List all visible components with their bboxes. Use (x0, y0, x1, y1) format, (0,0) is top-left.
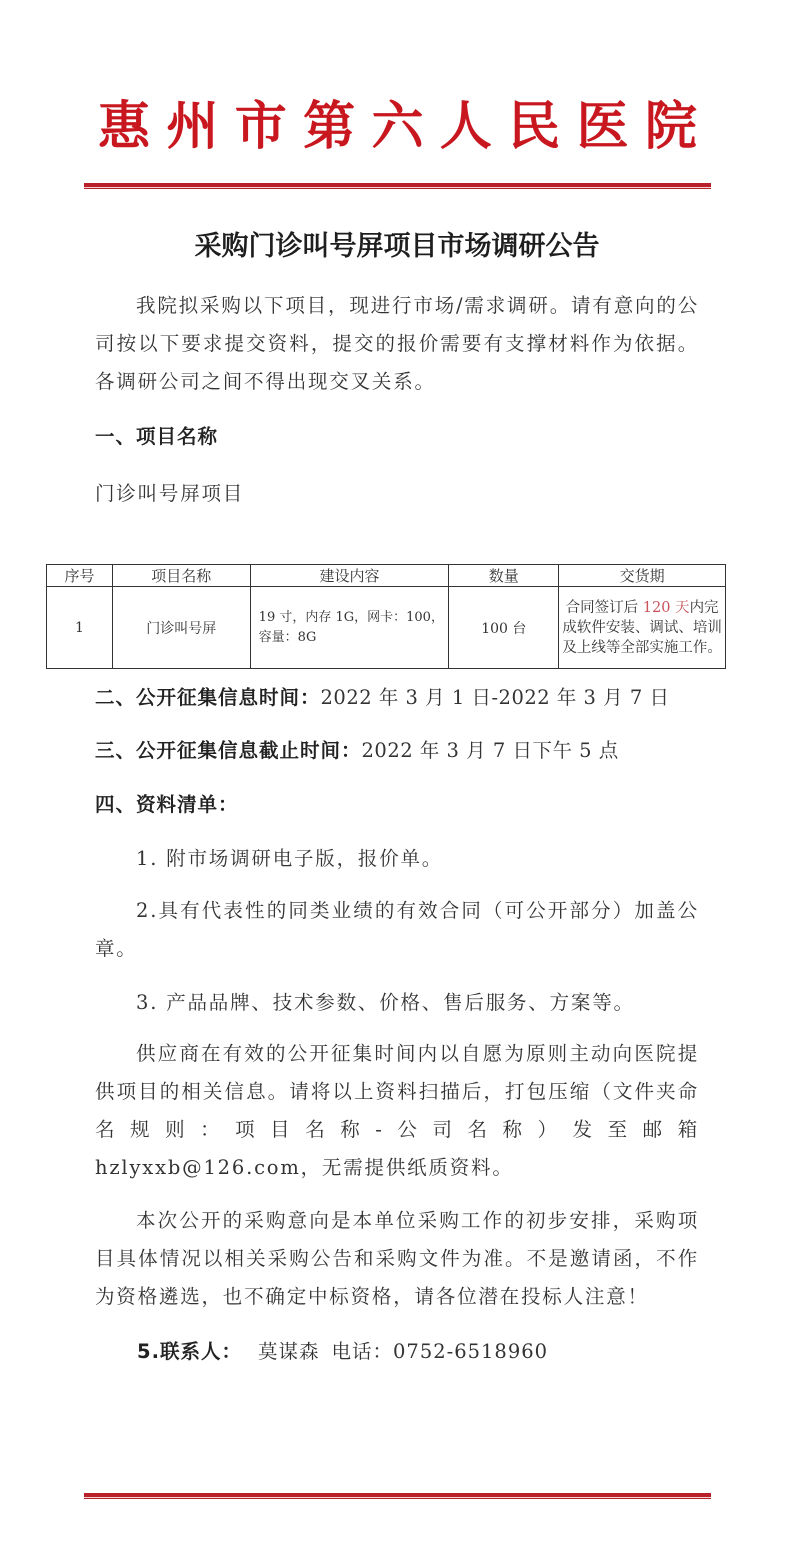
table-row: 1 门诊叫号屏 19 寸，内存 1G，网卡：100，容量：8G 100 台 合同… (47, 587, 726, 669)
submission-note: 供应商在有效的公开征集时间内以自愿为原则主动向医院提供项目的相关信息。请将以上资… (95, 1035, 699, 1187)
section-collection-period: 二、公开征集信息时间：2022 年 3 月 1 日-2022 年 3 月 7 日 (95, 682, 669, 710)
section-deadline: 三、公开征集信息截止时间：2022 年 3 月 7 日下午 5 点 (95, 735, 619, 763)
section-materials-heading: 四、资料清单： (95, 789, 239, 817)
col-header-quantity: 数量 (449, 565, 559, 587)
org-char: 市 (235, 96, 287, 158)
materials-item-3: 3. 产品品牌、技术参数、价格、售后服务、方案等。 (95, 984, 699, 1022)
org-char: 六 (371, 96, 423, 158)
org-char: 人 (440, 96, 492, 158)
materials-item-1: 1. 附市场调研电子版，报价单。 (95, 840, 699, 878)
cell-quantity: 100 台 (449, 587, 559, 669)
cell-delivery: 合同签订后 120 天内完成软件安装、调试、培训及上线等全部实施工作。 (559, 587, 726, 669)
col-header-delivery: 交货期 (559, 565, 726, 587)
col-header-name: 项目名称 (112, 565, 250, 587)
org-char: 第 (303, 96, 355, 158)
contact-name: 莫谋森 (258, 1340, 320, 1363)
contact-line: 5.联系人：莫谋森电话：0752-6518960 (137, 1336, 548, 1364)
section-heading-project-name: 一、项目名称 (95, 421, 218, 449)
collection-period-value: 2022 年 3 月 1 日-2022 年 3 月 7 日 (321, 686, 670, 709)
intro-paragraph: 我院拟采购以下项目，现进行市场/需求调研。请有意向的公司按以下要求提交资料，提交… (95, 287, 699, 401)
contact-label: 5.联系人： (137, 1340, 242, 1363)
delivery-days-highlight: 120 天 (643, 600, 690, 616)
organization-name: 惠 州 市 第 六 人 民 医 院 (84, 96, 711, 158)
table-header-row: 序号 项目名称 建设内容 数量 交货期 (47, 565, 726, 587)
org-char: 民 (508, 96, 560, 158)
org-char: 惠 (98, 96, 150, 158)
deadline-value: 2022 年 3 月 7 日下午 5 点 (362, 739, 619, 762)
col-header-content: 建设内容 (250, 565, 449, 587)
org-char: 州 (166, 96, 218, 158)
materials-item-2: 2.具有代表性的同类业绩的有效合同（可公开部分）加盖公章。 (95, 892, 699, 968)
delivery-prefix: 合同签订后 (566, 600, 643, 616)
cell-content: 19 寸，内存 1G，网卡：100，容量：8G (250, 587, 449, 669)
collection-period-label: 二、公开征集信息时间： (95, 686, 321, 709)
project-name-text: 门诊叫号屏项目 (95, 475, 699, 513)
contact-phone: 电话：0752-6518960 (332, 1340, 549, 1363)
cell-index: 1 (47, 587, 113, 669)
disclaimer-paragraph: 本次公开的采购意向是本单位采购工作的初步安排，采购项目具体情况以相关采购公告和采… (95, 1202, 699, 1316)
org-char: 院 (645, 96, 697, 158)
document-title: 采购门诊叫号屏项目市场调研公告 (0, 224, 794, 263)
cell-name: 门诊叫号屏 (112, 587, 250, 669)
spec-table: 序号 项目名称 建设内容 数量 交货期 1 门诊叫号屏 19 寸，内存 1G，网… (46, 564, 726, 669)
header-divider (84, 183, 711, 189)
footer-divider (84, 1493, 711, 1499)
deadline-label: 三、公开征集信息截止时间： (95, 739, 362, 762)
org-char: 医 (577, 96, 629, 158)
col-header-index: 序号 (47, 565, 113, 587)
